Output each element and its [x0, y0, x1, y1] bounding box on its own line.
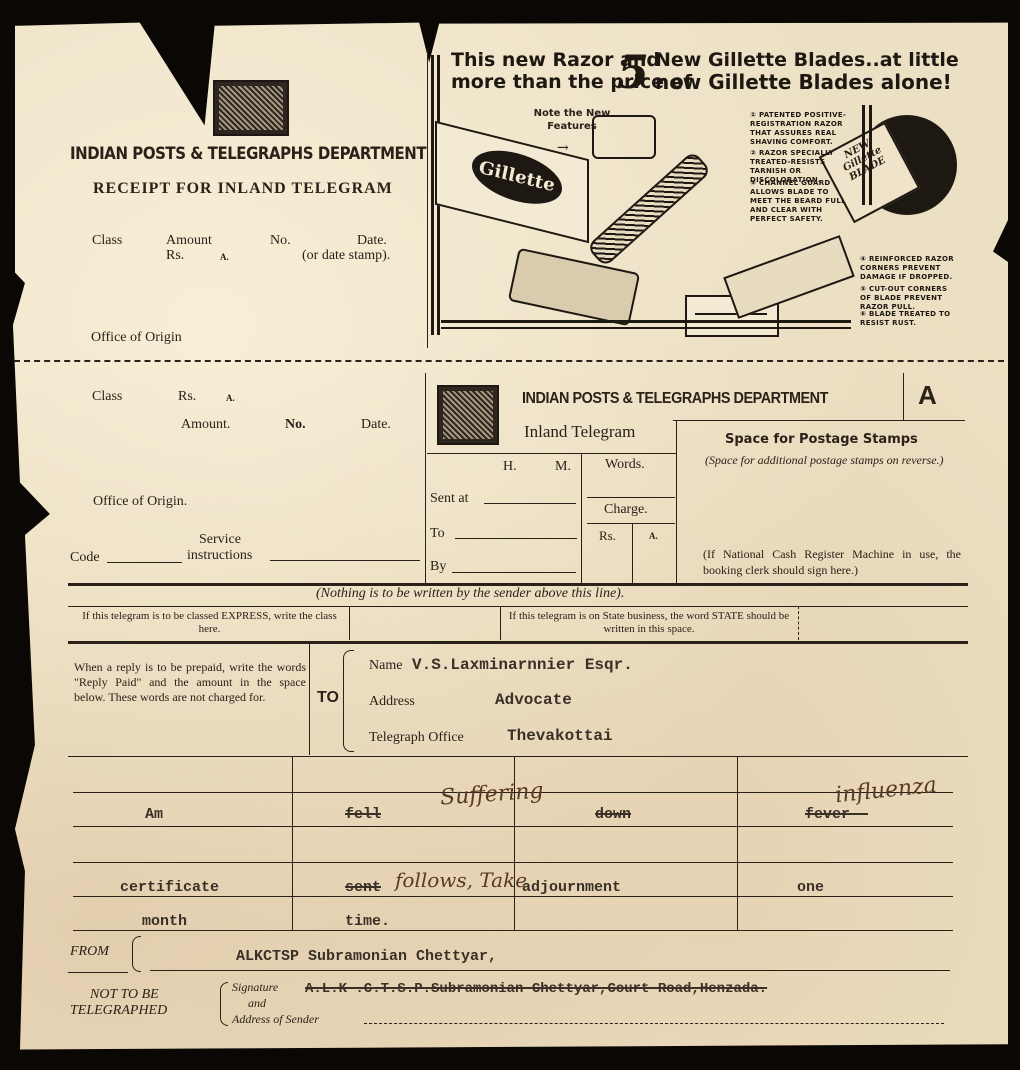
counterfoil-instructions-label: instructions	[187, 548, 252, 564]
express-divider	[349, 606, 350, 640]
sent-at-field[interactable]	[484, 503, 576, 504]
by-label: By	[430, 559, 446, 575]
ad-feature-4: ④ REINFORCED RAZOR CORNERS PREVENT DAMAG…	[860, 255, 955, 282]
reply-paid-note: When a reply is to be prepaid, write the…	[74, 660, 306, 705]
counterfoil-rs-label: Rs.	[178, 389, 196, 405]
counterfoil-date-label: Date.	[361, 417, 391, 433]
message-word[interactable]: one	[797, 879, 824, 896]
receipt-date-label: Date.	[357, 233, 387, 249]
stamps-left-border	[676, 420, 677, 583]
gillette-advertisement: This new Razor and more than the price o…	[427, 45, 967, 345]
coat-of-arms-icon	[213, 80, 289, 136]
and-label: and	[248, 996, 266, 1011]
razor-feature-diagram	[592, 115, 656, 159]
to-brace	[343, 650, 354, 752]
handwritten-correction[interactable]: follows, Take	[395, 868, 527, 892]
receipt-class-label: Class	[92, 233, 122, 249]
message-rule-3	[73, 862, 953, 863]
ad-feature-6: ⑥ BLADE TREATED TO RESIST RUST.	[860, 310, 955, 328]
not-telegraphed-label-1: NOT TO BE	[90, 987, 159, 1003]
charge-label: Charge.	[604, 502, 648, 518]
to-section-label: TO	[317, 689, 339, 707]
words-rule	[587, 497, 675, 498]
to-section-bottom	[68, 756, 968, 757]
message-word-struck[interactable]: fell	[345, 806, 381, 823]
to-field[interactable]	[455, 538, 577, 539]
receipt-a-label: A.	[220, 252, 229, 262]
ad-big-number: 5	[617, 45, 649, 99]
razor-handle-illustration	[586, 150, 712, 267]
express-class-field[interactable]	[352, 608, 497, 638]
ad-feature-5: ⑤ CUT-OUT CORNERS OF BLADE PREVENT RAZOR…	[860, 285, 955, 312]
receipt-title: RECEIPT FOR INLAND TELEGRAM	[93, 180, 393, 198]
inland-telegram-title: Inland Telegram	[524, 422, 635, 442]
address-of-sender-label: Address of Sender	[232, 1012, 319, 1027]
service-instructions-field-line[interactable]	[270, 560, 420, 561]
recipient-office-value[interactable]: Thevakottai	[507, 727, 613, 745]
recipient-address-label: Address	[369, 694, 415, 710]
charge-rs-label: Rs.	[599, 528, 616, 544]
from-brace	[132, 936, 141, 972]
from-rule	[150, 970, 950, 971]
message-word[interactable]: adjournment	[522, 879, 621, 896]
counterfoil-office-of-origin-label: Office of Origin.	[93, 494, 187, 510]
stamps-title: Space for Postage Stamps	[725, 432, 918, 447]
sender-note: (Nothing is to be written by the sender …	[316, 586, 624, 602]
receipt-office-of-origin-label: Office of Origin	[91, 330, 182, 346]
sender-signature-value[interactable]: A.L.K .C.T.S.P.Subramonian Chettyar,Cour…	[305, 981, 767, 997]
form-letter: A	[918, 380, 937, 411]
receipt-rs-label: Rs.	[166, 248, 184, 264]
box-brand: Gillette	[472, 142, 562, 212]
charge-rule	[587, 523, 675, 524]
sent-at-label: Sent at	[430, 491, 469, 507]
express-note: If this telegram is to be classed EXPRES…	[72, 610, 347, 636]
ad-feature-3: ③ CHANNEL GUARD ALLOWS BLADE TO MEET THE…	[750, 179, 850, 224]
to-section-top	[68, 641, 968, 644]
header-left-border	[425, 373, 426, 583]
from-rule-left	[68, 972, 128, 973]
sender-address-field[interactable]	[364, 1023, 944, 1024]
counterfoil-no-label: No.	[285, 417, 306, 433]
receipt-department-title: INDIAN POSTS & TELEGRAPHS DEPARTMENT	[70, 144, 426, 164]
header-rule	[673, 420, 965, 421]
not-telegraphed-label-2: TELEGRAPHED	[70, 1003, 167, 1019]
state-note-right-border	[798, 606, 799, 640]
blades-spread-illustration	[723, 235, 855, 319]
hours-label: H.	[503, 459, 517, 475]
state-note: If this telegram is on State business, t…	[503, 610, 795, 636]
telegram-department-title: INDIAN POSTS & TELEGRAPHS DEPARTMENT	[522, 390, 828, 408]
message-rule-2	[73, 826, 953, 827]
message-col-divider-3	[737, 756, 738, 931]
recipient-address-value[interactable]: Advocate	[495, 691, 572, 709]
message-col-divider-1	[292, 756, 293, 931]
message-rule-4	[73, 896, 953, 897]
sender-line-bottom	[68, 606, 968, 607]
counterfoil-code-label: Code	[70, 550, 100, 566]
recipient-office-label: Telegraph Office	[369, 730, 464, 746]
message-word[interactable]: certificate	[120, 879, 219, 896]
ncr-note: (If National Cash Register Machine in us…	[703, 546, 961, 578]
hm-top-rule	[427, 453, 677, 454]
coat-of-arms-small-icon	[437, 385, 499, 445]
by-field[interactable]	[452, 572, 576, 573]
counterfoil-amount-label: Amount.	[181, 417, 230, 433]
counterfoil-a-label: A.	[226, 393, 235, 403]
words-label: Words.	[605, 457, 645, 473]
message-word-struck[interactable]: fever -	[805, 806, 868, 823]
state-note-left-border	[500, 606, 501, 640]
form-letter-divider	[903, 373, 904, 421]
state-field[interactable]	[802, 608, 962, 638]
from-value[interactable]: ALKCTSP Subramonian Chettyar,	[236, 948, 497, 965]
sender-brace	[220, 982, 228, 1026]
from-label: FROM	[70, 944, 109, 960]
message-word[interactable]: time.	[345, 913, 390, 930]
charge-divider	[632, 523, 633, 583]
ad-feature-1: ① PATENTED POSITIVE-REGISTRATION RAZOR T…	[750, 111, 850, 147]
message-word[interactable]: Am	[145, 806, 163, 823]
signature-label: Signature	[232, 980, 278, 995]
words-left-border	[581, 453, 582, 583]
perforation-line	[14, 360, 1004, 362]
message-rule-5	[73, 930, 953, 931]
receipt-no-label: No.	[270, 233, 291, 249]
counterfoil-class-label: Class	[92, 389, 122, 405]
recipient-name-value[interactable]: V.S.Laxminarnnier Esqr.	[412, 656, 633, 674]
counterfoil-service-label: Service	[199, 532, 241, 548]
stamps-note: (Space for additional postage stamps on …	[705, 452, 967, 468]
minutes-label: M.	[555, 459, 571, 475]
ad-headline-1b: New Gillette Blades..at little	[655, 49, 959, 71]
message-word[interactable]: month	[142, 913, 187, 930]
receipt-amount-label: Amount	[166, 233, 212, 249]
code-field-line[interactable]	[107, 562, 182, 563]
receipt-date-stamp-label: (or date stamp).	[302, 248, 390, 264]
to-label-left-border	[309, 643, 310, 755]
razor-head-illustration	[508, 248, 641, 327]
charge-a-label: A.	[649, 531, 658, 541]
message-word-struck[interactable]: down	[595, 806, 631, 823]
ad-headline-2b: new Gillette Blades alone!	[655, 71, 952, 93]
recipient-name-label: Name	[369, 658, 402, 674]
message-word-struck[interactable]: sent	[345, 879, 381, 896]
to-label: To	[430, 526, 445, 542]
